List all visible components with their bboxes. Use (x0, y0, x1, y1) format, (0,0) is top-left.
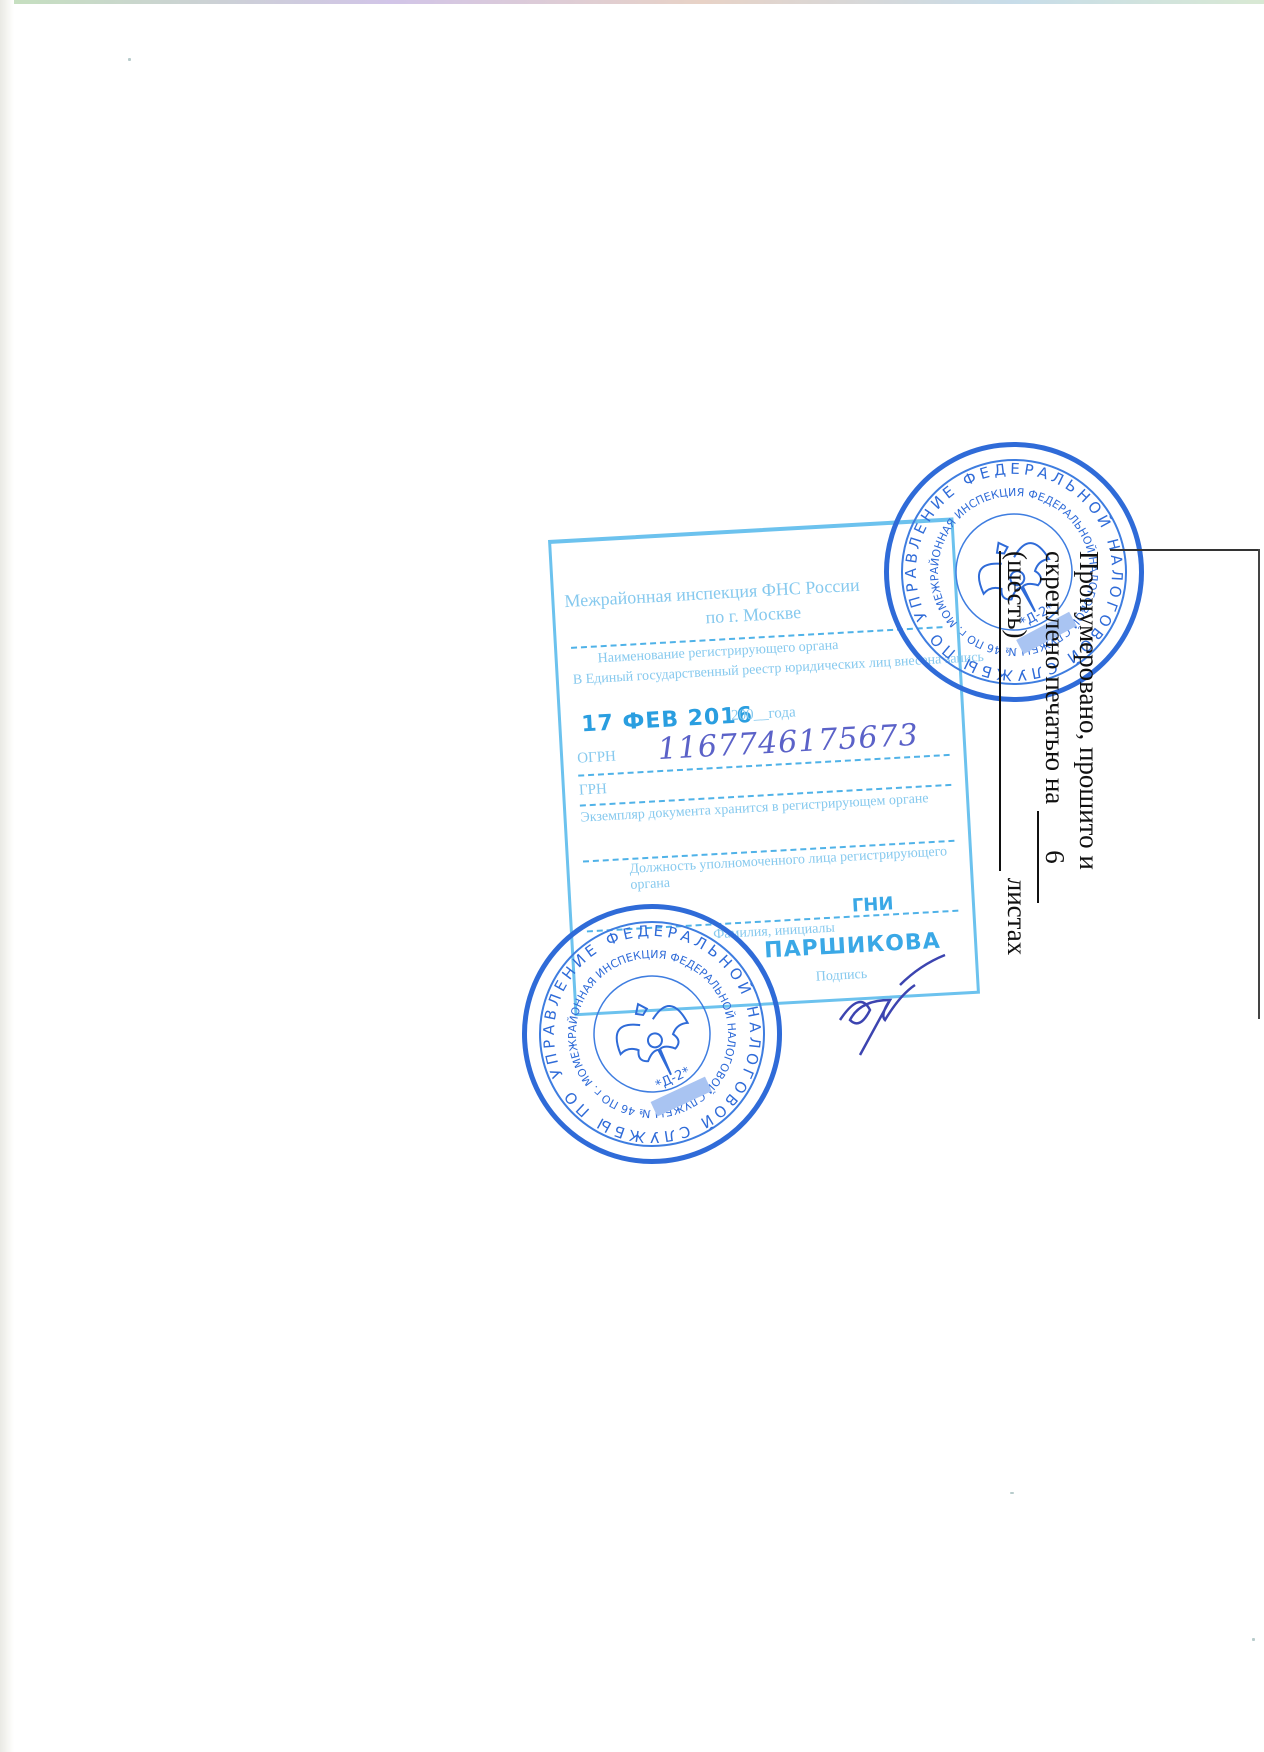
stamp-year-caption: 200__года (731, 704, 796, 725)
sheet-count: 6 (1037, 811, 1070, 903)
svg-text:МЕЖРАЙОННАЯ ИНСПЕКЦИЯ ФЕДЕРАЛЬ: МЕЖРАЙОННАЯ ИНСПЕКЦИЯ ФЕДЕРАЛЬНОЙ НАЛОГО… (486, 875, 767, 1166)
scan-speck (1010, 1492, 1014, 1494)
stamp-ogrn-label: ОГРН (577, 749, 617, 768)
binding-line-2: скреплено печатью на 6 (1037, 551, 1070, 903)
binding-frame-rule (1110, 549, 1258, 551)
scan-speck (1252, 1638, 1255, 1641)
scan-speck (128, 58, 131, 61)
scan-edge (14, 0, 1264, 4)
sheet-count-words: (шесть) (999, 551, 1032, 871)
scan-edge (0, 0, 14, 1752)
stamp-grn-label: ГРН (579, 781, 608, 800)
binding-line-3-suffix: листах (1002, 878, 1032, 956)
stamp-city: по г. Москве (705, 602, 802, 628)
binding-line-3: (шесть) листах (999, 551, 1032, 955)
binding-line-1: Пронумеровано, прошито и (1073, 551, 1104, 870)
binding-certification: Пронумеровано, прошито и скреплено печат… (990, 551, 1110, 1011)
binding-frame-rule (1258, 549, 1260, 1019)
binding-line-2-prefix: скреплено печатью на (1040, 551, 1070, 804)
handwritten-signature (830, 950, 950, 1060)
